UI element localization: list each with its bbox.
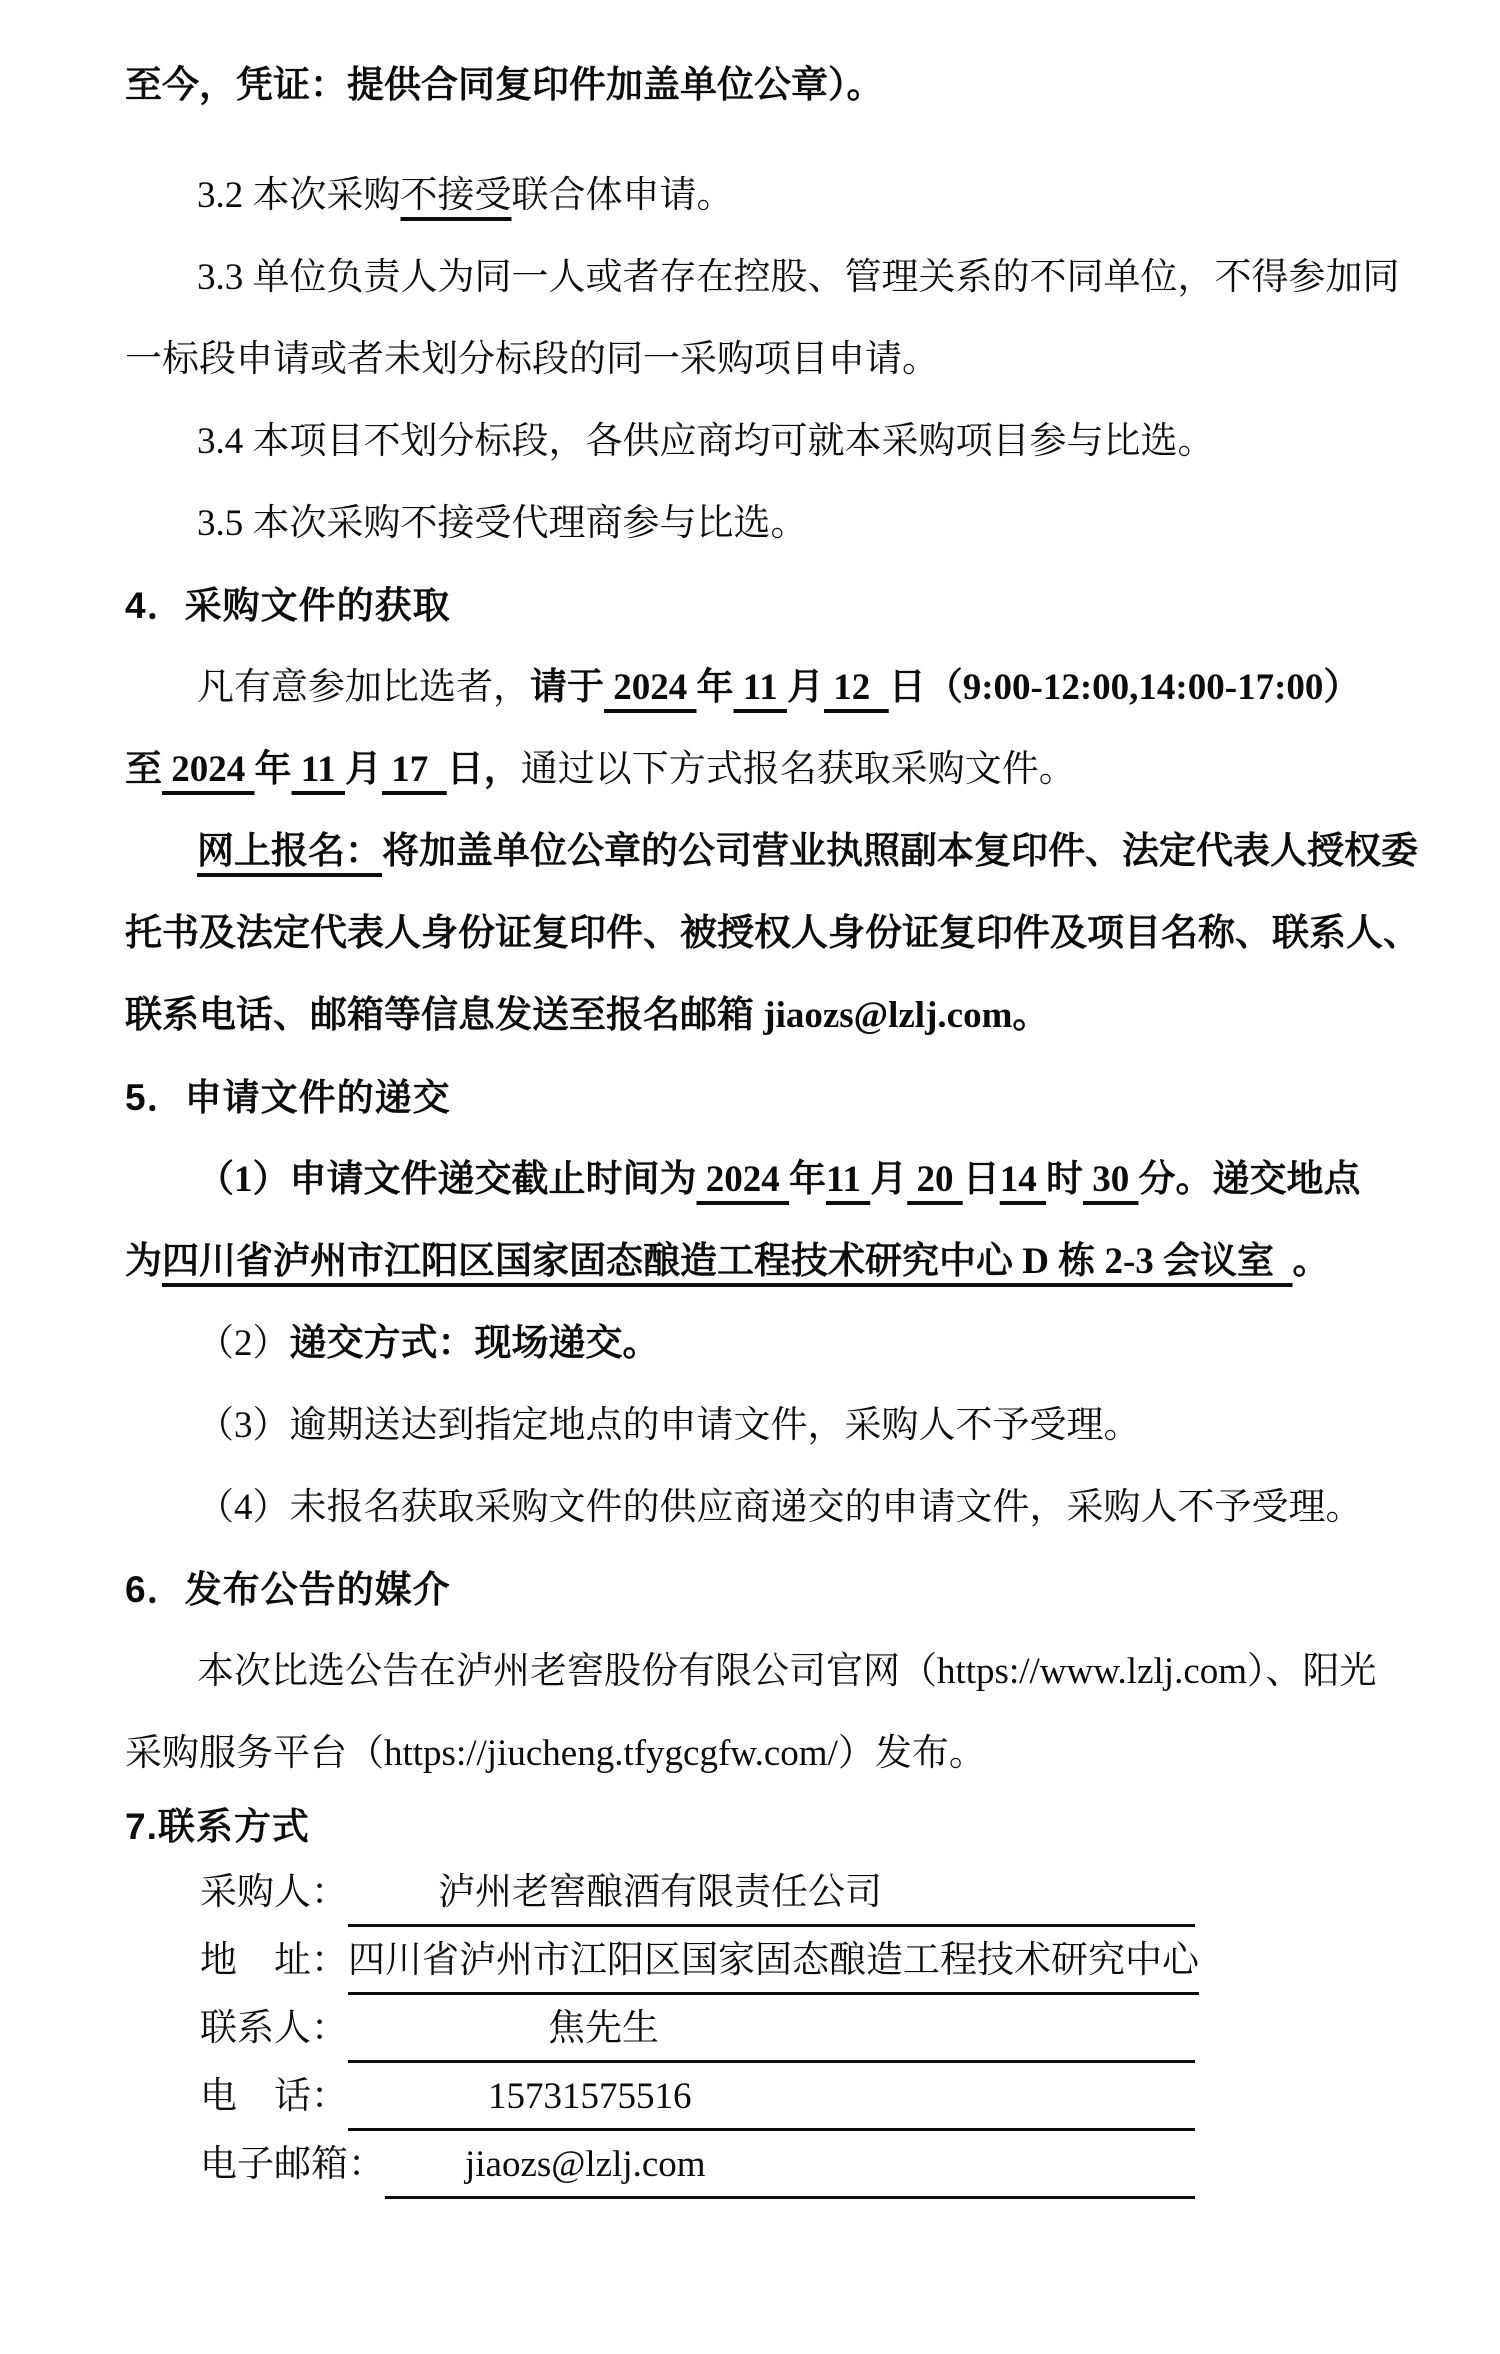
acquisition-line2: 至 2024 年 11 月 17 日，通过以下方式报名获取采购文件。: [125, 729, 1422, 811]
contact-row-address: 地 址： 四川省泸州市江阳区国家固态酿造工程技术研究中心: [200, 1927, 1195, 1995]
acq-qingyu: 请于: [530, 667, 604, 708]
media-line2: 采购服务平台（https://jiucheng.tfygcgfw.com/）发布…: [125, 1713, 1422, 1795]
address-value: 四川省泸州市江阳区国家固态酿造工程技术研究中心: [348, 1927, 1199, 1995]
document-body: 至今，凭证：提供合同复印件加盖单位公章）。 3.2 本次采购不接受联合体申请。 …: [0, 0, 1500, 2199]
buyer-value: 泸州老窖酿酒有限责任公司: [348, 1859, 1195, 1927]
deadline-hour-blank: 14: [1000, 1159, 1046, 1200]
acq-time-window: 日（9:00-12:00,14:00-17:00）: [889, 667, 1361, 708]
acq-year-blank: 2024: [604, 667, 697, 708]
acq-month-blank: 11: [734, 667, 787, 708]
acq-day-blank: 12: [824, 667, 889, 708]
submission-late-clause: （3）逾期送达到指定地点的申请文件，采购人不予受理。: [125, 1385, 1422, 1467]
heading-5-submission: 5．申请文件的递交: [125, 1057, 1422, 1139]
contact-row-buyer: 采购人： 泸州老窖酿酒有限责任公司: [200, 1859, 1195, 1927]
address-label: 地 址：: [200, 1927, 348, 1995]
submission-unregistered-clause: （4）未报名获取采购文件的供应商递交的申请文件，采购人不予受理。: [125, 1467, 1422, 1549]
online-registration-line3: 联系电话、邮箱等信息发送至报名邮箱 jiaozs@lzlj.com。: [125, 975, 1422, 1057]
heading-6-announcement-media: 6．发布公告的媒介: [125, 1549, 1422, 1631]
online-registration-label: 网上报名：: [197, 831, 382, 872]
buyer-label: 采购人：: [200, 1859, 348, 1927]
submission-location: 四川省泸州市江阳区国家固态酿造工程技术研究中心 D 栋 2-3 会议室: [162, 1241, 1293, 1282]
acquisition-line1: 凡有意参加比选者，请于 2024 年 11 月 12 日（9:00-12:00,…: [125, 647, 1422, 729]
phone-value: 15731575516: [348, 2063, 1195, 2131]
clause-3-2-underlined: 不接受: [401, 175, 512, 216]
deadline-day-blank: 20: [907, 1159, 963, 1200]
clause-3-2-post: 联合体申请。: [512, 175, 734, 216]
acq2-day-blank: 17: [382, 749, 447, 790]
paragraph-continuation: 至今，凭证：提供合同复印件加盖单位公章）。: [125, 45, 1422, 127]
clause-3-5: 3.5 本次采购不接受代理商参与比选。: [125, 483, 1422, 565]
clause-3-2: 3.2 本次采购不接受联合体申请。: [125, 155, 1422, 237]
acq-pre: 凡有意参加比选者，: [197, 667, 530, 708]
contact-person-value: 焦先生: [348, 1995, 1195, 2063]
email-value: jiaozs@lzlj.com: [385, 2131, 1195, 2199]
media-line1: 本次比选公告在泸州老窖股份有限公司官网（https://www.lzlj.com…: [125, 1631, 1422, 1713]
phone-label: 电 话：: [200, 2063, 348, 2131]
acq2-month-blank: 11: [292, 749, 345, 790]
heading-4-document-acquisition: 4．采购文件的获取: [125, 565, 1422, 647]
deadline-minute-blank: 30: [1083, 1159, 1139, 1200]
submission-deadline-line2: 为四川省泸州市江阳区国家固态酿造工程技术研究中心 D 栋 2-3 会议室 。: [125, 1221, 1422, 1303]
clause-3-3-line1: 3.3 单位负责人为同一人或者存在控股、管理关系的不同单位，不得参加同: [125, 237, 1422, 319]
clause-3-4: 3.4 本项目不划分标段，各供应商均可就本采购项目参与比选。: [125, 401, 1422, 483]
submission-deadline-line1: （1）申请文件递交截止时间为 2024 年11 月 20 日14 时 30 分。…: [125, 1139, 1422, 1221]
clause-3-2-pre: 3.2 本次采购: [197, 175, 401, 216]
email-label: 电子邮箱：: [200, 2131, 385, 2199]
clause-3-3-line2: 一标段申请或者未划分标段的同一采购项目申请。: [125, 319, 1422, 401]
contact-row-person: 联系人： 焦先生: [200, 1995, 1195, 2063]
acq2-year-blank: 2024: [162, 749, 255, 790]
registration-email: jiaozs@lzlj.com: [763, 995, 1012, 1036]
online-registration-line1: 网上报名：将加盖单位公章的公司营业执照副本复印件、法定代表人授权委: [125, 811, 1422, 893]
contact-row-email: 电子邮箱： jiaozs@lzlj.com: [200, 2131, 1195, 2199]
deadline-month-blank: 11: [826, 1159, 870, 1200]
contact-person-label: 联系人：: [200, 1995, 348, 2063]
deadline-year-blank: 2024: [697, 1159, 790, 1200]
online-registration-line2: 托书及法定代表人身份证复印件、被授权人身份证复印件及项目名称、联系人、: [125, 893, 1422, 975]
submission-method: （2）递交方式：现场递交。: [125, 1303, 1422, 1385]
document-page: 至今，凭证：提供合同复印件加盖单位公章）。 3.2 本次采购不接受联合体申请。 …: [0, 0, 1500, 2354]
heading-7-contact: 7.联系方式: [125, 1795, 1422, 1859]
carry-text: 至今，凭证：提供合同复印件加盖单位公章）。: [125, 65, 884, 106]
contact-row-phone: 电 话： 15731575516: [200, 2063, 1195, 2131]
